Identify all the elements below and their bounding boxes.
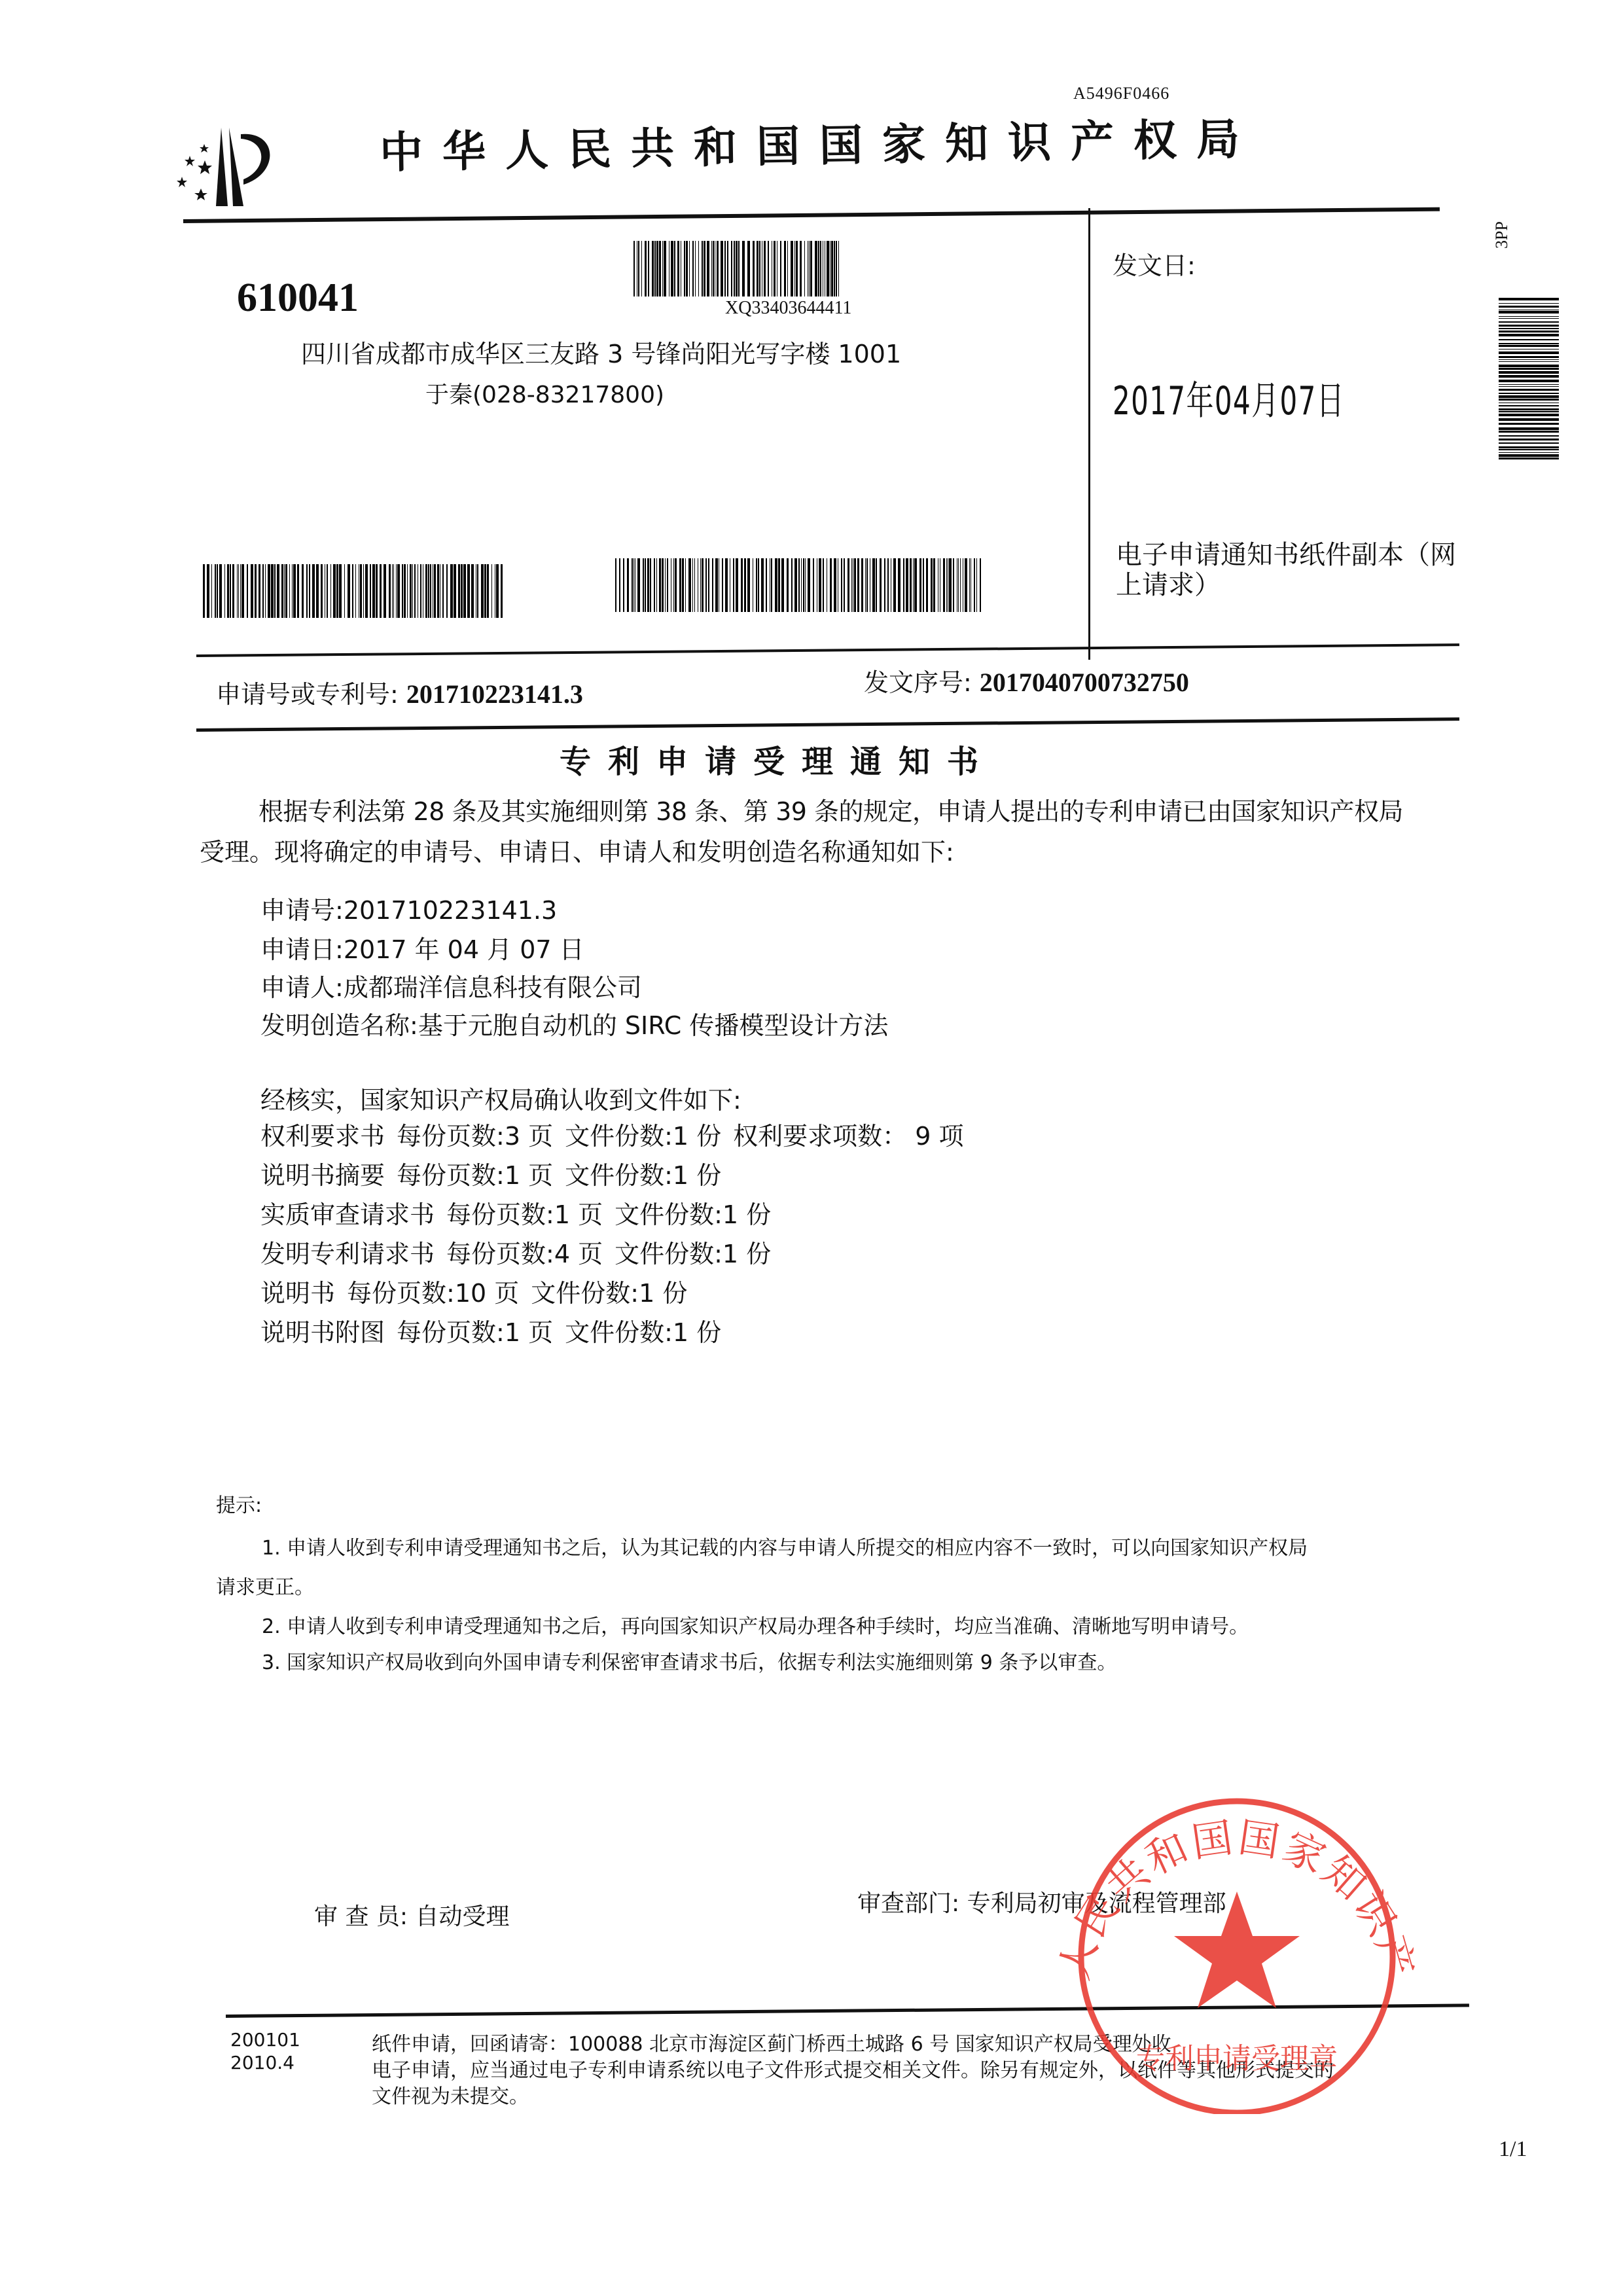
file-name: 说明书附图 — [260, 1318, 385, 1347]
application-number-value: 201710223141.3 — [406, 679, 583, 709]
file-name: 发明专利请求书 — [260, 1240, 435, 1268]
agency-title: 中华人民共和国国家知识产权局 — [379, 104, 1259, 180]
field-label: 申请人: — [260, 973, 344, 1002]
barcode-left — [203, 564, 504, 618]
notes-heading: 提示: — [216, 1489, 262, 1518]
note-item: 2. 申请人收到专利申请受理通知书之后，再向国家知识产权局办理各种手续时，均应当… — [262, 1610, 1249, 1639]
copy-note: 电子申请通知书纸件副本（网上请求） — [1116, 540, 1456, 600]
field-value: 基于元胞自动机的 SIRC 传播模型设计方法 — [418, 1011, 889, 1040]
file-pages: 每份页数:4 页 — [446, 1240, 603, 1268]
field-application-number: 申请号:201710223141.3 — [260, 890, 557, 926]
mail-barcode-text: XQ33403644411 — [725, 298, 851, 319]
file-copies: 文件份数:1 份 — [565, 1122, 721, 1151]
header-rule — [183, 207, 1440, 223]
field-applicant: 申请人:成都瑞洋信息科技有限公司 — [260, 967, 642, 1003]
examiner: 审 查 员: 自动受理 — [314, 1898, 509, 1931]
serial-number-value: 2017040700732750 — [980, 668, 1189, 697]
field-value: 成都瑞洋信息科技有限公司 — [344, 973, 642, 1002]
file-pages: 每份页数:3 页 — [397, 1122, 553, 1151]
field-label: 申请号: — [260, 896, 344, 925]
file-row: 发明专利请求书每份页数:4 页文件份数:1 份 — [260, 1234, 771, 1270]
file-pages: 每份页数:10 页 — [347, 1279, 519, 1308]
note-item-continued: 请求更正。 — [216, 1571, 314, 1600]
postal-code: 610041 — [237, 275, 359, 321]
issue-date-value: 2017年04月07日 — [1113, 370, 1345, 426]
intro-paragraph-line2: 受理。现将确定的申请号、申请日、申请人和发明创造名称通知如下: — [200, 833, 954, 872]
field-label: 发明创造名称: — [260, 1011, 418, 1040]
file-row: 权利要求书每份页数:3 页文件份数:1 份权利要求项数： 9 项 — [260, 1116, 963, 1152]
footer-paper-filing: 纸件申请，回函请寄：100088 北京市海淀区蓟门桥西土城路 6 号 国家知识产… — [372, 2028, 1171, 2056]
application-number-row: 申请号或专利号: 201710223141.3 — [216, 674, 583, 710]
column-divider — [1088, 208, 1090, 660]
file-name: 实质审查请求书 — [260, 1200, 435, 1229]
file-row: 说明书附图每份页数:1 页文件份数:1 份 — [260, 1312, 721, 1348]
file-copies: 文件份数:1 份 — [565, 1161, 721, 1190]
file-name: 说明书摘要 — [260, 1161, 385, 1190]
file-pages: 每份页数:1 页 — [446, 1200, 603, 1229]
examining-department: 审查部门: 专利局初审及流程管理部 — [857, 1885, 1226, 1918]
recipient-address: 四川省成都市成华区三友路 3 号锋尚阳光写字楼 1001 — [301, 334, 901, 370]
side-barcode — [1499, 298, 1559, 471]
file-copies: 文件份数:1 份 — [565, 1318, 721, 1347]
footer-electronic-filing: 电子申请，应当通过电子专利申请系统以电子文件形式提交相关文件。除另有规定外，以纸… — [372, 2054, 1334, 2083]
file-copies: 文件份数:1 份 — [615, 1240, 771, 1268]
file-pages: 每份页数:1 页 — [397, 1161, 553, 1190]
file-row: 实质审查请求书每份页数:1 页文件份数:1 份 — [260, 1194, 771, 1230]
file-row: 说明书摘要每份页数:1 页文件份数:1 份 — [260, 1155, 721, 1191]
files-received-heading: 经核实，国家知识产权局确认收到文件如下: — [260, 1080, 741, 1116]
note-item: 1. 申请人收到专利申请受理通知书之后，认为其记载的内容与申请人所提交的相应内容… — [262, 1532, 1308, 1560]
field-value: 2017 年 04 月 07 日 — [344, 935, 584, 964]
mail-barcode — [633, 241, 954, 296]
file-copies: 文件份数:1 份 — [531, 1279, 687, 1308]
side-code: 3PP — [1492, 221, 1512, 249]
cnipa-logo-icon — [164, 111, 275, 223]
field-value: 201710223141.3 — [344, 896, 557, 925]
application-number-label: 申请号或专利号: — [216, 680, 399, 709]
page-number: 1/1 — [1499, 2137, 1527, 2162]
field-application-date: 申请日:2017 年 04 月 07 日 — [260, 929, 584, 965]
issue-date-label: 发文日: — [1113, 245, 1196, 281]
claims-count: 权利要求项数： 9 项 — [733, 1122, 963, 1151]
reference-rule-bottom — [196, 717, 1459, 732]
footer-form-code: 200101 — [230, 2029, 300, 2051]
barcode-middle — [615, 558, 982, 612]
file-pages: 每份页数:1 页 — [397, 1318, 553, 1347]
serial-number-row: 发文序号: 2017040700732750 — [864, 662, 1189, 698]
recipient-contact: 于秦(028-83217800) — [425, 376, 664, 410]
serial-number-label: 发文序号: — [864, 668, 972, 697]
form-code: A5496F0466 — [1073, 84, 1169, 103]
intro-paragraph-line1: 根据专利法第 28 条及其实施细则第 38 条、第 39 条的规定，申请人提出的… — [259, 792, 1403, 831]
note-item: 3. 国家知识产权局收到向外国申请专利保密审查请求书后，依据专利法实施细则第 9… — [262, 1646, 1116, 1675]
field-invention-title: 发明创造名称:基于元胞自动机的 SIRC 传播模型设计方法 — [260, 1005, 888, 1041]
file-name: 说明书 — [260, 1279, 335, 1308]
footer-rule — [226, 2003, 1469, 2018]
file-copies: 文件份数:1 份 — [615, 1200, 771, 1229]
footer-form-version: 2010.4 — [230, 2052, 294, 2073]
footer-electronic-filing-cont: 文件视为未提交。 — [372, 2080, 529, 2109]
field-label: 申请日: — [260, 935, 344, 964]
document-title: 专利申请受理通知书 — [560, 736, 995, 781]
file-row: 说明书每份页数:10 页文件份数:1 份 — [260, 1273, 687, 1309]
file-name: 权利要求书 — [260, 1122, 385, 1151]
reference-rule-top — [196, 643, 1459, 657]
